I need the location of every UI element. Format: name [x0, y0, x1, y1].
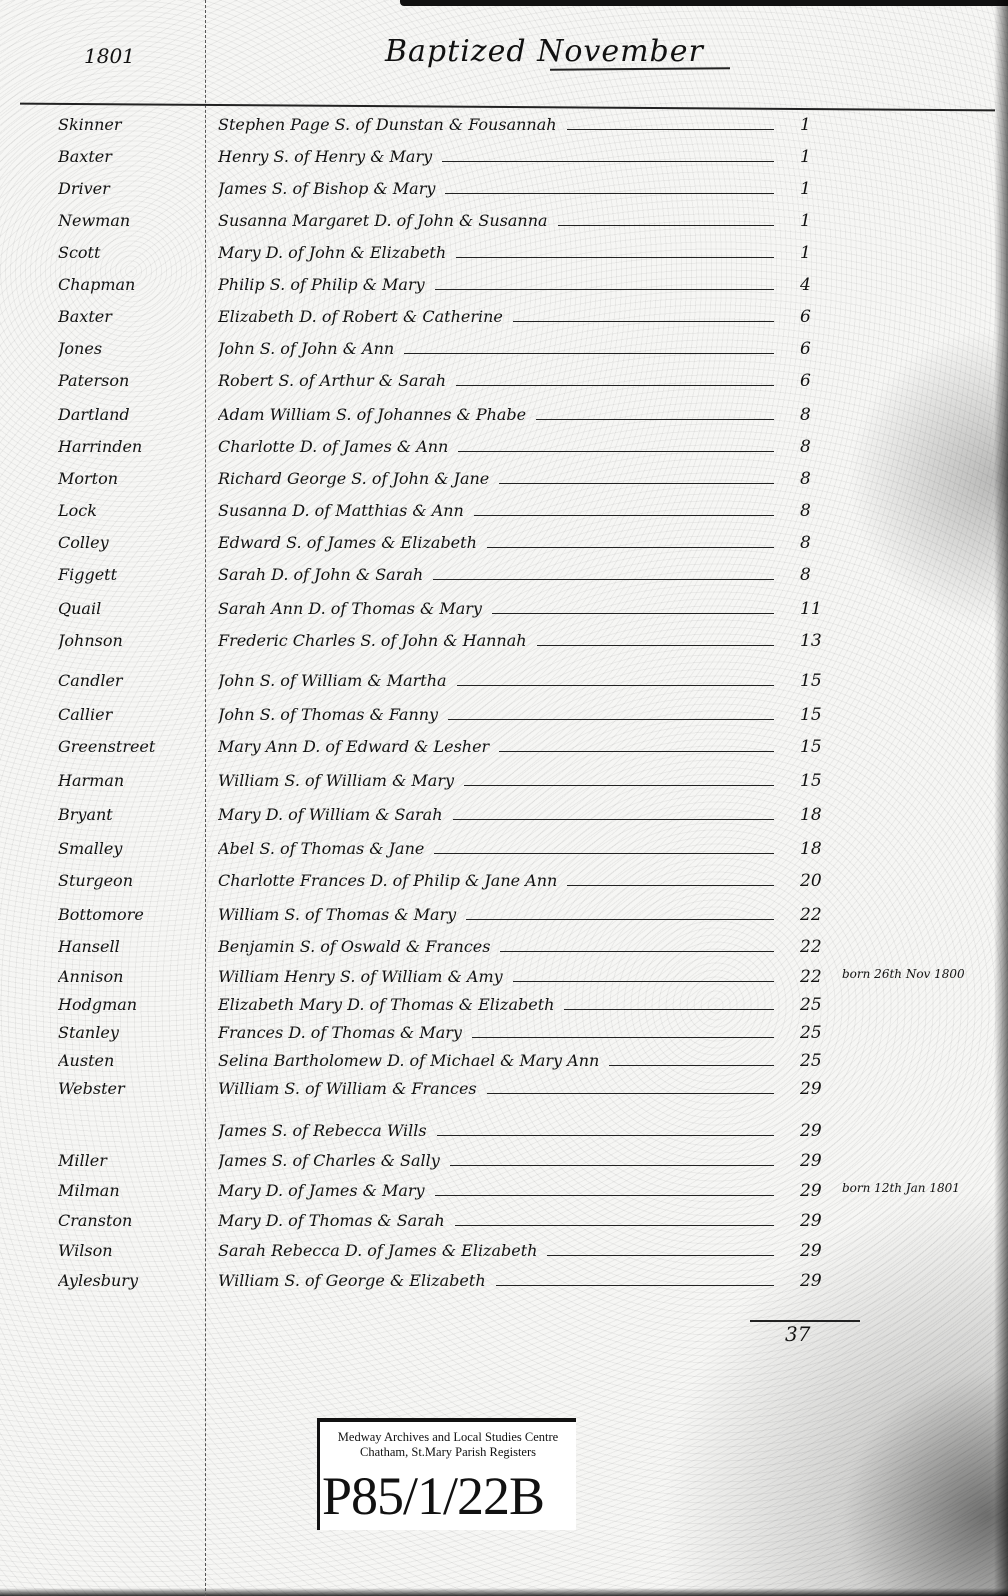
entry-day: 8	[800, 437, 840, 457]
dash-line	[547, 1245, 774, 1256]
entry-record: Selina Bartholomew D. of Michael & Mary …	[218, 1051, 778, 1070]
entry-record-text: Mary D. of Thomas & Sarah	[218, 1211, 445, 1230]
entry-surname: Colley	[58, 533, 203, 552]
dash-line	[442, 151, 774, 162]
entry-record: John S. of William & Martha	[218, 671, 778, 690]
entry-surname: Webster	[58, 1079, 203, 1098]
baptism-entry: JohnsonFrederic Charles S. of John & Han…	[0, 631, 1008, 661]
entry-record: Elizabeth D. of Robert & Catherine	[218, 307, 778, 326]
entry-surname: Morton	[58, 469, 203, 488]
dash-line	[474, 505, 774, 516]
entry-surname: Aylesbury	[58, 1271, 203, 1290]
entry-surname: Hansell	[58, 937, 203, 956]
entry-record-text: Adam William S. of Johannes & Phabe	[218, 405, 526, 424]
dash-line	[457, 675, 774, 686]
entry-record-text: Sarah D. of John & Sarah	[218, 565, 423, 584]
entry-surname: Jones	[58, 339, 203, 358]
entry-record: William S. of William & Mary	[218, 771, 778, 790]
entry-surname: Harrinden	[58, 437, 203, 456]
entry-record-text: John S. of William & Martha	[218, 671, 447, 690]
dash-line	[437, 1125, 774, 1136]
entry-surname: Wilson	[58, 1241, 203, 1260]
entry-record: Sarah Ann D. of Thomas & Mary	[218, 599, 778, 618]
baptism-entry: BaxterElizabeth D. of Robert & Catherine…	[0, 307, 1008, 337]
entry-day: 8	[800, 501, 840, 521]
baptism-entry: PatersonRobert S. of Arthur & Sarah6	[0, 371, 1008, 401]
entry-surname: Skinner	[58, 115, 203, 134]
entry-record-text: Mary D. of John & Elizabeth	[218, 243, 446, 262]
dash-line	[609, 1055, 774, 1066]
archive-collection: Chatham, St.Mary Parish Registers	[320, 1445, 576, 1460]
entry-day: 8	[800, 533, 840, 553]
entry-record: Abel S. of Thomas & Jane	[218, 839, 778, 858]
entry-day: 8	[800, 469, 840, 489]
dash-line	[448, 709, 774, 720]
dash-line	[487, 1083, 774, 1094]
baptism-entry: HarrindenCharlotte D. of James & Ann8	[0, 437, 1008, 467]
entry-record: Richard George S. of John & Jane	[218, 469, 778, 488]
entry-surname: Bryant	[58, 805, 203, 824]
dash-line	[458, 441, 774, 452]
register-page: 1801 Baptized November SkinnerStephen Pa…	[0, 0, 1008, 1596]
entry-surname: Smalley	[58, 839, 203, 858]
entry-note: born 12th Jan 1801	[842, 1181, 1002, 1195]
entry-day: 6	[800, 339, 840, 359]
dash-line	[492, 603, 774, 614]
dash-line	[445, 183, 774, 194]
entry-record: Mary D. of Thomas & Sarah	[218, 1211, 778, 1230]
entry-record-text: Benjamin S. of Oswald & Frances	[218, 937, 490, 956]
dash-line	[537, 635, 774, 646]
baptism-entry: ScottMary D. of John & Elizabeth1	[0, 243, 1008, 273]
entry-record-text: Philip S. of Philip & Mary	[218, 275, 425, 294]
dash-line	[499, 473, 774, 484]
baptism-entry: LockSusanna D. of Matthias & Ann8	[0, 501, 1008, 531]
entry-record-text: Susanna D. of Matthias & Ann	[218, 501, 464, 520]
dash-line	[435, 279, 774, 290]
entry-record: William S. of Thomas & Mary	[218, 905, 778, 924]
entry-record-text: Robert S. of Arthur & Sarah	[218, 371, 446, 390]
entry-day: 1	[800, 115, 840, 135]
entry-surname: Sturgeon	[58, 871, 203, 890]
dash-line	[567, 875, 774, 886]
entry-record: William Henry S. of William & Amy	[218, 967, 778, 986]
baptism-entry: HansellBenjamin S. of Oswald & Frances22	[0, 937, 1008, 967]
baptism-entry: CranstonMary D. of Thomas & Sarah29	[0, 1211, 1008, 1241]
entry-day: 22	[800, 967, 840, 987]
entry-record-text: Stephen Page S. of Dunstan & Fousannah	[218, 115, 557, 134]
entry-day: 15	[800, 771, 840, 791]
baptism-entry: ColleyEdward S. of James & Elizabeth8	[0, 533, 1008, 563]
dash-line	[513, 311, 774, 322]
dash-line	[499, 741, 774, 752]
dash-line	[464, 775, 774, 786]
entry-record: Charlotte Frances D. of Philip & Jane An…	[218, 871, 778, 890]
entry-record-text: William S. of William & Frances	[218, 1079, 477, 1098]
baptism-entry: HarmanWilliam S. of William & Mary15	[0, 771, 1008, 801]
entry-day: 20	[800, 871, 840, 891]
entry-record: Sarah Rebecca D. of James & Elizabeth	[218, 1241, 778, 1260]
entry-surname: Milman	[58, 1181, 203, 1200]
entry-day: 1	[800, 179, 840, 199]
entry-surname: Quail	[58, 599, 203, 618]
entry-record: John S. of John & Ann	[218, 339, 778, 358]
dash-line	[450, 1155, 774, 1166]
dash-line	[558, 215, 774, 226]
baptism-entry: FiggettSarah D. of John & Sarah8	[0, 565, 1008, 595]
entry-record-text: William S. of Thomas & Mary	[218, 905, 456, 924]
entry-day: 29	[800, 1181, 840, 1201]
entry-surname: Baxter	[58, 307, 203, 326]
entry-day: 8	[800, 565, 840, 585]
dash-line	[456, 247, 774, 258]
baptism-entry: MortonRichard George S. of John & Jane8	[0, 469, 1008, 499]
entry-day: 6	[800, 307, 840, 327]
baptism-entry: ChapmanPhilip S. of Philip & Mary4	[0, 275, 1008, 305]
entry-surname: Figgett	[58, 565, 203, 584]
entry-day: 29	[800, 1121, 840, 1141]
entry-surname: Callier	[58, 705, 203, 724]
entry-day: 13	[800, 631, 840, 651]
entry-record: Henry S. of Henry & Mary	[218, 147, 778, 166]
baptism-entry: HodgmanElizabeth Mary D. of Thomas & Eli…	[0, 995, 1008, 1025]
dash-line	[466, 909, 774, 920]
entry-record: Edward S. of James & Elizabeth	[218, 533, 778, 552]
entry-day: 4	[800, 275, 840, 295]
entry-record-text: Frances D. of Thomas & Mary	[218, 1023, 462, 1042]
entry-record: John S. of Thomas & Fanny	[218, 705, 778, 724]
dash-line	[567, 119, 774, 130]
dash-line	[433, 569, 774, 580]
entry-record: Robert S. of Arthur & Sarah	[218, 371, 778, 390]
entry-record: James S. of Rebecca Wills	[218, 1121, 778, 1140]
entry-surname: Newman	[58, 211, 203, 230]
dash-line	[513, 971, 774, 982]
baptism-entry: QuailSarah Ann D. of Thomas & Mary11	[0, 599, 1008, 629]
register-year: 1801	[84, 44, 135, 68]
entry-surname: Lock	[58, 501, 203, 520]
dash-line	[404, 343, 774, 354]
entry-record-text: Sarah Rebecca D. of James & Elizabeth	[218, 1241, 537, 1260]
archive-reference: P85/1/22B	[322, 1468, 544, 1524]
entry-surname: Austen	[58, 1051, 203, 1070]
entry-day: 25	[800, 1051, 840, 1071]
scan-edge-bottom	[0, 1588, 1008, 1596]
entry-record-text: Susanna Margaret D. of John & Susanna	[218, 211, 548, 230]
entry-record-text: Edward S. of James & Elizabeth	[218, 533, 477, 552]
entry-surname: Paterson	[58, 371, 203, 390]
entry-record-text: Abel S. of Thomas & Jane	[218, 839, 424, 858]
title-underline	[550, 67, 730, 71]
baptism-entry: BottomoreWilliam S. of Thomas & Mary22	[0, 905, 1008, 935]
baptism-entry: SkinnerStephen Page S. of Dunstan & Fous…	[0, 115, 1008, 145]
entry-record: Frances D. of Thomas & Mary	[218, 1023, 778, 1042]
entry-surname: Hodgman	[58, 995, 203, 1014]
entry-day: 1	[800, 211, 840, 231]
entry-surname: Miller	[58, 1151, 203, 1170]
entry-day: 29	[800, 1271, 840, 1291]
baptism-entry: BaxterHenry S. of Henry & Mary1	[0, 147, 1008, 177]
entry-record: Elizabeth Mary D. of Thomas & Elizabeth	[218, 995, 778, 1014]
entry-surname: Driver	[58, 179, 203, 198]
entry-day: 1	[800, 243, 840, 263]
scan-edge-top	[400, 0, 1008, 6]
baptism-entry: James S. of Rebecca Wills29	[0, 1121, 1008, 1151]
entry-surname: Chapman	[58, 275, 203, 294]
baptism-entry: DriverJames S. of Bishop & Mary1	[0, 179, 1008, 209]
entry-record: Adam William S. of Johannes & Phabe	[218, 405, 778, 424]
entry-record-text: William Henry S. of William & Amy	[218, 967, 503, 986]
entry-record-text: Elizabeth Mary D. of Thomas & Elizabeth	[218, 995, 554, 1014]
entry-record-text: William S. of George & Elizabeth	[218, 1271, 486, 1290]
entry-record: Charlotte D. of James & Ann	[218, 437, 778, 456]
entry-surname: Dartland	[58, 405, 203, 424]
entry-day: 29	[800, 1211, 840, 1231]
baptism-entry: CandlerJohn S. of William & Martha15	[0, 671, 1008, 701]
baptism-entry: AnnisonWilliam Henry S. of William & Amy…	[0, 967, 1008, 997]
baptism-entry: DartlandAdam William S. of Johannes & Ph…	[0, 405, 1008, 435]
baptism-entry: NewmanSusanna Margaret D. of John & Susa…	[0, 211, 1008, 241]
entry-record-text: Selina Bartholomew D. of Michael & Mary …	[218, 1051, 599, 1070]
entry-record: Frederic Charles S. of John & Hannah	[218, 631, 778, 650]
entry-record: Sarah D. of John & Sarah	[218, 565, 778, 584]
dash-line	[453, 809, 774, 820]
entry-day: 25	[800, 995, 840, 1015]
baptism-entry: JonesJohn S. of John & Ann6	[0, 339, 1008, 369]
header-rule	[20, 103, 995, 112]
entry-record-text: Charlotte Frances D. of Philip & Jane An…	[218, 871, 557, 890]
archive-name: Medway Archives and Local Studies Centre	[320, 1430, 576, 1445]
entry-day: 18	[800, 805, 840, 825]
entry-record-text: Sarah Ann D. of Thomas & Mary	[218, 599, 482, 618]
baptism-entry: MillerJames S. of Charles & Sally29	[0, 1151, 1008, 1181]
entry-record-text: Mary D. of James & Mary	[218, 1181, 425, 1200]
entry-day: 22	[800, 937, 840, 957]
baptism-entry: SmalleyAbel S. of Thomas & Jane18	[0, 839, 1008, 869]
baptism-entry: SturgeonCharlotte Frances D. of Philip &…	[0, 871, 1008, 901]
entry-record-text: Frederic Charles S. of John & Hannah	[218, 631, 527, 650]
entry-surname: Cranston	[58, 1211, 203, 1230]
baptism-entry: StanleyFrances D. of Thomas & Mary25	[0, 1023, 1008, 1053]
entry-day: 29	[800, 1079, 840, 1099]
entry-record-text: Mary D. of William & Sarah	[218, 805, 443, 824]
baptism-entry: GreenstreetMary Ann D. of Edward & Leshe…	[0, 737, 1008, 767]
dash-line	[434, 843, 774, 854]
dash-line	[435, 1185, 774, 1196]
baptism-entry: AylesburyWilliam S. of George & Elizabet…	[0, 1271, 1008, 1301]
entry-record-text: James S. of Rebecca Wills	[218, 1121, 427, 1140]
baptism-total: 37	[785, 1322, 810, 1346]
dash-line	[456, 375, 774, 386]
baptism-entry: WebsterWilliam S. of William & Frances29	[0, 1079, 1008, 1109]
entry-surname: Scott	[58, 243, 203, 262]
entry-surname: Stanley	[58, 1023, 203, 1042]
entry-record: Mary D. of John & Elizabeth	[218, 243, 778, 262]
entry-surname: Candler	[58, 671, 203, 690]
baptism-entry: MilmanMary D. of James & Mary29born 12th…	[0, 1181, 1008, 1211]
entry-record-text: James S. of Bishop & Mary	[218, 179, 435, 198]
entry-record-text: Mary Ann D. of Edward & Lesher	[218, 737, 489, 756]
entry-surname: Bottomore	[58, 905, 203, 924]
entry-record-text: William S. of William & Mary	[218, 771, 454, 790]
entry-surname: Johnson	[58, 631, 203, 650]
dash-line	[536, 409, 774, 420]
entry-record-text: John S. of Thomas & Fanny	[218, 705, 438, 724]
entry-record: Benjamin S. of Oswald & Frances	[218, 937, 778, 956]
dash-line	[472, 1027, 774, 1038]
entry-record: Susanna D. of Matthias & Ann	[218, 501, 778, 520]
entry-surname: Baxter	[58, 147, 203, 166]
entry-day: 6	[800, 371, 840, 391]
entry-record: Stephen Page S. of Dunstan & Fousannah	[218, 115, 778, 134]
entry-record: Mary Ann D. of Edward & Lesher	[218, 737, 778, 756]
entry-day: 25	[800, 1023, 840, 1043]
entry-day: 29	[800, 1151, 840, 1171]
baptism-entry: BryantMary D. of William & Sarah18	[0, 805, 1008, 835]
entry-day: 15	[800, 671, 840, 691]
entry-day: 11	[800, 599, 840, 619]
entry-surname: Annison	[58, 967, 203, 986]
entry-day: 1	[800, 147, 840, 167]
entry-record: William S. of William & Frances	[218, 1079, 778, 1098]
entry-record: Mary D. of James & Mary	[218, 1181, 778, 1200]
entry-note: born 26th Nov 1800	[842, 967, 1002, 981]
entry-surname: Harman	[58, 771, 203, 790]
dash-line	[455, 1215, 774, 1226]
entry-surname: Greenstreet	[58, 737, 203, 756]
entry-record: William S. of George & Elizabeth	[218, 1271, 778, 1290]
entry-record-text: Elizabeth D. of Robert & Catherine	[218, 307, 503, 326]
dash-line	[496, 1275, 774, 1286]
archive-stamp: Medway Archives and Local Studies Centre…	[317, 1418, 576, 1530]
entry-record-text: John S. of John & Ann	[218, 339, 394, 358]
baptism-entry: CallierJohn S. of Thomas & Fanny15	[0, 705, 1008, 735]
entry-record-text: James S. of Charles & Sally	[218, 1151, 440, 1170]
dash-line	[500, 941, 774, 952]
baptism-entry: WilsonSarah Rebecca D. of James & Elizab…	[0, 1241, 1008, 1271]
entry-record-text: Richard George S. of John & Jane	[218, 469, 489, 488]
entry-record-text: Henry S. of Henry & Mary	[218, 147, 432, 166]
entry-day: 22	[800, 905, 840, 925]
entry-day: 15	[800, 705, 840, 725]
entry-day: 18	[800, 839, 840, 859]
entry-day: 8	[800, 405, 840, 425]
entry-day: 15	[800, 737, 840, 757]
entry-day: 29	[800, 1241, 840, 1261]
entry-record: James S. of Bishop & Mary	[218, 179, 778, 198]
entry-record-text: Charlotte D. of James & Ann	[218, 437, 448, 456]
entry-record: James S. of Charles & Sally	[218, 1151, 778, 1170]
register-title: Baptized November	[385, 34, 704, 69]
dash-line	[564, 999, 774, 1010]
entry-record: Philip S. of Philip & Mary	[218, 275, 778, 294]
entry-record: Susanna Margaret D. of John & Susanna	[218, 211, 778, 230]
baptism-entry: AustenSelina Bartholomew D. of Michael &…	[0, 1051, 1008, 1081]
dash-line	[487, 537, 774, 548]
entry-record: Mary D. of William & Sarah	[218, 805, 778, 824]
